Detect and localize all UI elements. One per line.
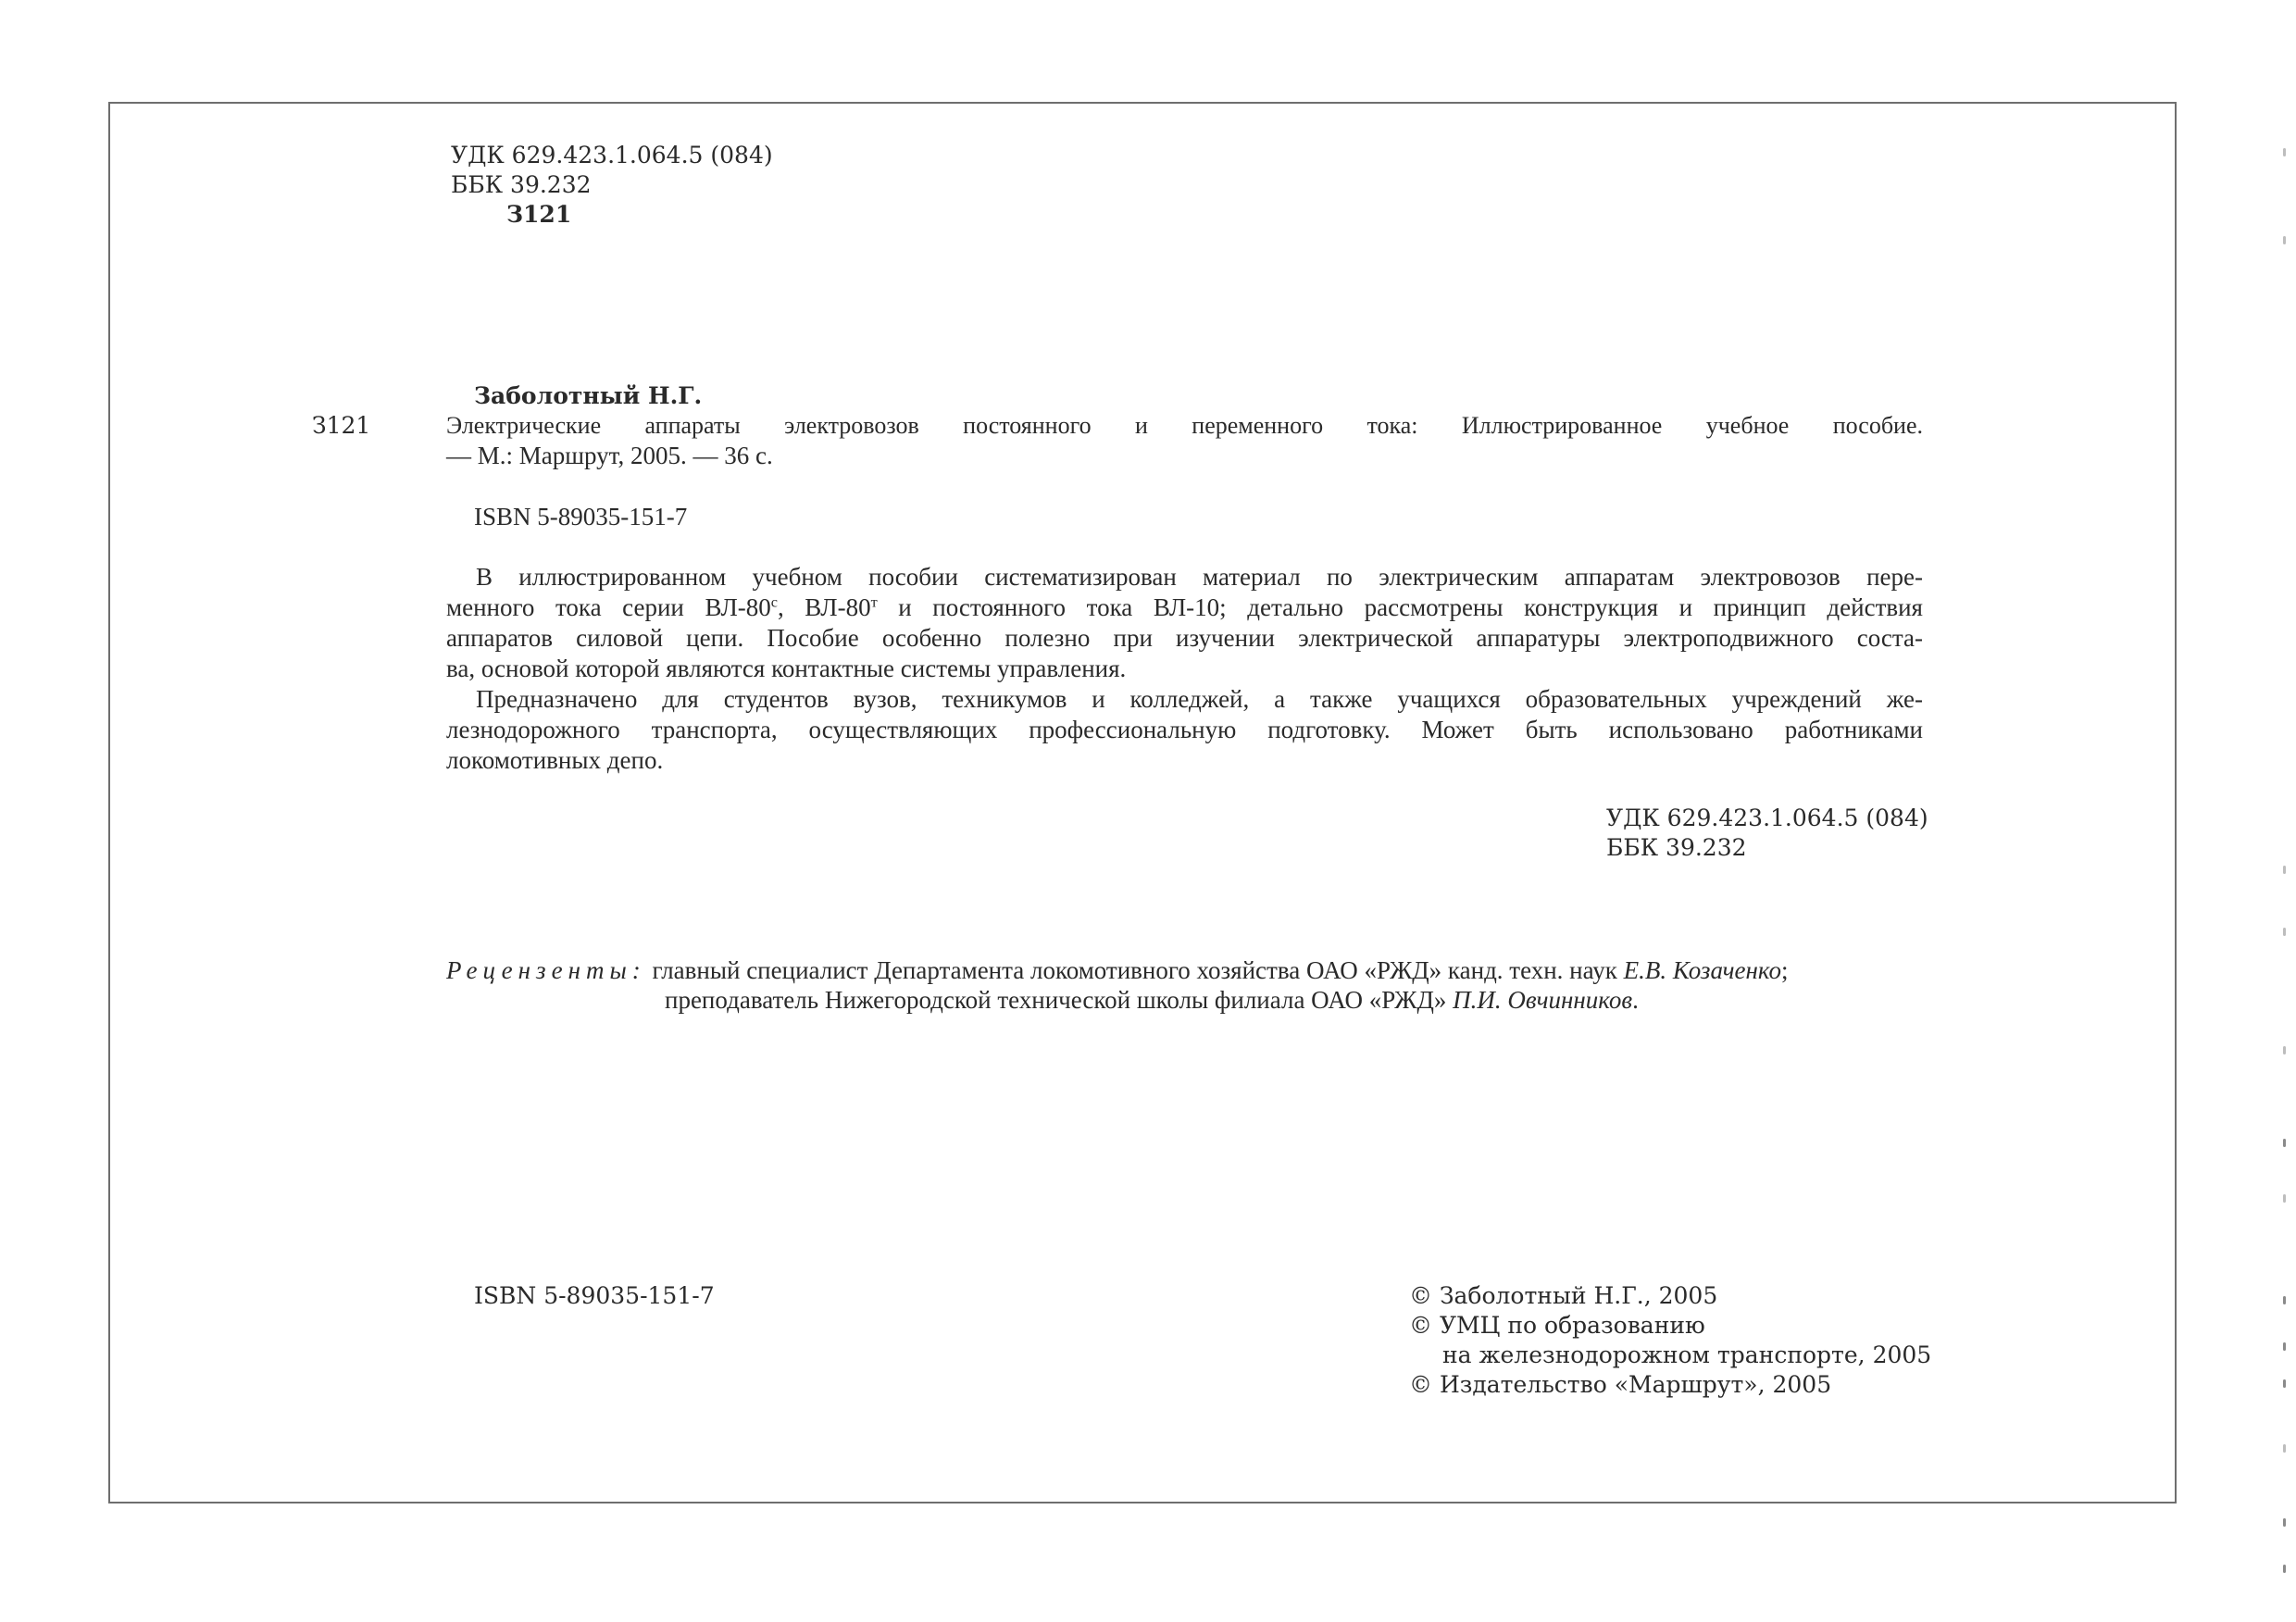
left-author-mark: З121 xyxy=(312,411,370,441)
copyright-umc-cont: на железнодорожном транспорте, 2005 xyxy=(1442,1341,1931,1370)
reviewers-line-2: преподаватель Нижегородской технической … xyxy=(665,985,1639,1015)
scan-artifact xyxy=(2283,1046,2286,1054)
copyright-publisher: © Издательство «Маршрут», 2005 xyxy=(1409,1370,1831,1400)
reviewer-2-name: П.И. Овчинников xyxy=(1453,986,1632,1014)
scan-artifact xyxy=(2283,148,2286,156)
scan-artifact xyxy=(2283,236,2286,244)
scan-artifact xyxy=(2283,1139,2286,1147)
scan-artifact xyxy=(2283,866,2286,874)
book-title: Электрические аппараты электровозов пост… xyxy=(446,410,1923,441)
scan-artifact xyxy=(2283,1194,2286,1203)
reviewers-label: Рецензенты: xyxy=(446,956,646,984)
imprint: — М.: Маршрут, 2005. — 36 с. xyxy=(446,441,773,470)
scan-artifact xyxy=(2283,1518,2286,1527)
header-bbk: ББК 39.232 xyxy=(451,170,592,200)
annotation-line-2: менного тока серии ВЛ-80с, ВЛ-80т и пост… xyxy=(446,593,1923,623)
scan-artifact xyxy=(2283,1296,2286,1304)
author-name: Заболотный Н.Г. xyxy=(474,381,702,411)
footer-bbk: ББК 39.232 xyxy=(1606,833,1747,863)
isbn-top: ISBN 5-89035-151-7 xyxy=(474,502,687,531)
header-udk: УДК 629.423.1.064.5 (084) xyxy=(451,141,773,170)
reviewer-1-desc: главный специалист Департамента локомоти… xyxy=(653,956,1624,984)
reviewer-2-desc: преподаватель Нижегородской технической … xyxy=(665,986,1453,1014)
page-frame xyxy=(108,102,2177,1503)
annotation-line-4: ва, основой которой являются контактные … xyxy=(446,654,1923,684)
copyright-author: © Заболотный Н.Г., 2005 xyxy=(1409,1281,1717,1311)
footer-udk: УДК 629.423.1.064.5 (084) xyxy=(1606,804,1928,833)
scan-artifact xyxy=(2283,1444,2286,1453)
annotation-line-1: В иллюстрированном учебном пособии систе… xyxy=(446,562,1923,593)
scan-artifact xyxy=(2283,928,2286,936)
scan-artifact xyxy=(2283,1342,2286,1351)
scan-artifact xyxy=(2283,1379,2286,1388)
annotation-line-7: локомотивных депо. xyxy=(446,745,1923,776)
header-author-mark: З121 xyxy=(506,200,571,230)
annotation-line-3: аппаратов силовой цепи. Пособие особенно… xyxy=(446,623,1923,654)
annotation-line-5: Предназначено для студентов вузов, техни… xyxy=(446,684,1923,715)
reviewer-1-name: Е.В. Козаченко xyxy=(1624,956,1781,984)
isbn-bottom: ISBN 5-89035-151-7 xyxy=(474,1281,715,1311)
scan-artifact xyxy=(2283,1565,2286,1573)
copyright-umc: © УМЦ по образованию xyxy=(1409,1311,1705,1341)
reviewers-line-1: Рецензенты: главный специалист Департаме… xyxy=(446,955,1788,985)
annotation-line-6: лезнодорожного транспорта, осуществляющи… xyxy=(446,715,1923,745)
